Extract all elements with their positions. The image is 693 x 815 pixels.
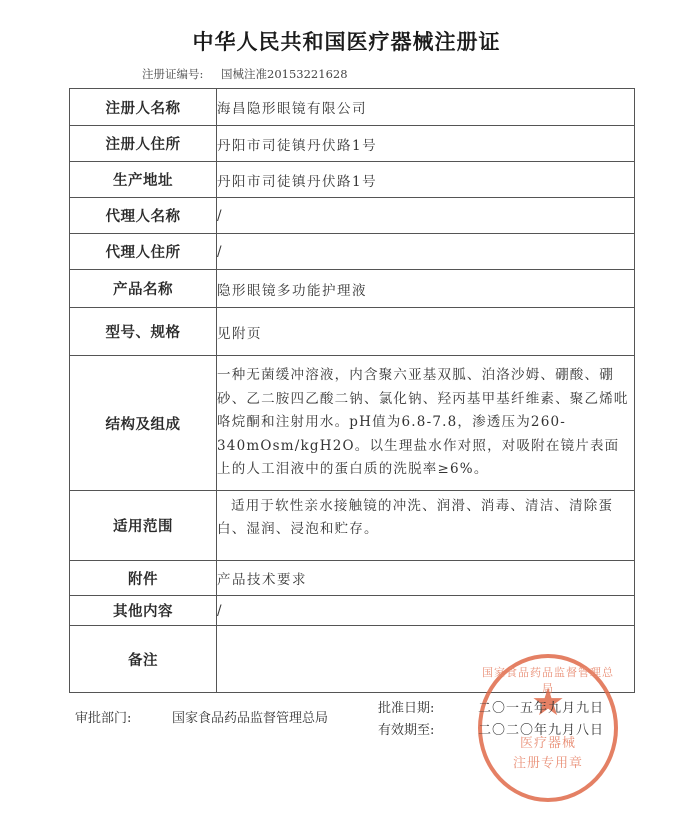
- table-row: 代理人住所 /: [70, 234, 635, 270]
- row-value: /: [217, 234, 635, 270]
- row-value: /: [217, 198, 635, 234]
- table-row: 适用范围 适用于软性亲水接触镜的冲洗、润滑、消毒、清洁、清除蛋白、湿润、浸泡和贮…: [70, 491, 635, 561]
- row-label: 附件: [70, 561, 217, 596]
- row-value: 见附页: [217, 308, 635, 356]
- approval-date-label: 批准日期:: [378, 697, 434, 716]
- table-row: 注册人名称 海昌隐形眼镜有限公司: [70, 89, 635, 126]
- valid-until: 二〇二〇年九月八日: [478, 719, 604, 738]
- row-value: 产品技术要求: [217, 561, 635, 596]
- table-row: 型号、规格 见附页: [70, 308, 635, 356]
- table-row: 产品名称 隐形眼镜多功能护理液: [70, 270, 635, 308]
- seal-inner-text: 医疗器械 注册专用章: [482, 734, 614, 774]
- row-value: 丹阳市司徒镇丹伏路1号: [217, 162, 635, 198]
- registration-number: 注册证编号: 国械注准20153221628: [142, 66, 348, 82]
- row-label: 注册人名称: [70, 89, 217, 126]
- row-label: 其他内容: [70, 596, 217, 626]
- approval-date: 二〇一五年九月九日: [478, 697, 604, 716]
- registration-number-label: 注册证编号:: [142, 67, 203, 81]
- row-label: 适用范围: [70, 491, 217, 561]
- table-row: 其他内容 /: [70, 596, 635, 626]
- table-row: 附件 产品技术要求: [70, 561, 635, 596]
- approval-dept: 国家食品药品监督管理总局: [172, 707, 328, 726]
- table-row: 代理人名称 /: [70, 198, 635, 234]
- row-label: 备注: [70, 626, 217, 693]
- row-value: 海昌隐形眼镜有限公司: [217, 89, 635, 126]
- row-value: 丹阳市司徒镇丹伏路1号: [217, 126, 635, 162]
- seal-line-2: 注册专用章: [482, 754, 614, 774]
- row-value: 隐形眼镜多功能护理液: [217, 270, 635, 308]
- table-row: 注册人住所 丹阳市司徒镇丹伏路1号: [70, 126, 635, 162]
- table-row: 生产地址 丹阳市司徒镇丹伏路1号: [70, 162, 635, 198]
- row-value: 一种无菌缓冲溶液，内含聚六亚基双胍、泊洛沙姆、硼酸、硼砂、乙二胺四乙酸二钠、氯化…: [217, 356, 635, 491]
- row-value: /: [217, 596, 635, 626]
- row-label: 代理人住所: [70, 234, 217, 270]
- table-row: 结构及组成 一种无菌缓冲溶液，内含聚六亚基双胍、泊洛沙姆、硼酸、硼砂、乙二胺四乙…: [70, 356, 635, 491]
- registration-number-value: 国械注准20153221628: [221, 67, 347, 81]
- document-title: 中华人民共和国医疗器械注册证: [0, 26, 693, 56]
- row-label: 代理人名称: [70, 198, 217, 234]
- valid-until-label: 有效期至:: [378, 719, 434, 738]
- approval-dept-label: 审批部门:: [75, 707, 131, 726]
- row-label: 型号、规格: [70, 308, 217, 356]
- row-label: 注册人住所: [70, 126, 217, 162]
- row-value: 适用于软性亲水接触镜的冲洗、润滑、消毒、清洁、清除蛋白、湿润、浸泡和贮存。: [217, 491, 635, 561]
- row-label: 生产地址: [70, 162, 217, 198]
- row-label: 产品名称: [70, 270, 217, 308]
- certificate-table: 注册人名称 海昌隐形眼镜有限公司 注册人住所 丹阳市司徒镇丹伏路1号 生产地址 …: [69, 88, 635, 693]
- row-label: 结构及组成: [70, 356, 217, 491]
